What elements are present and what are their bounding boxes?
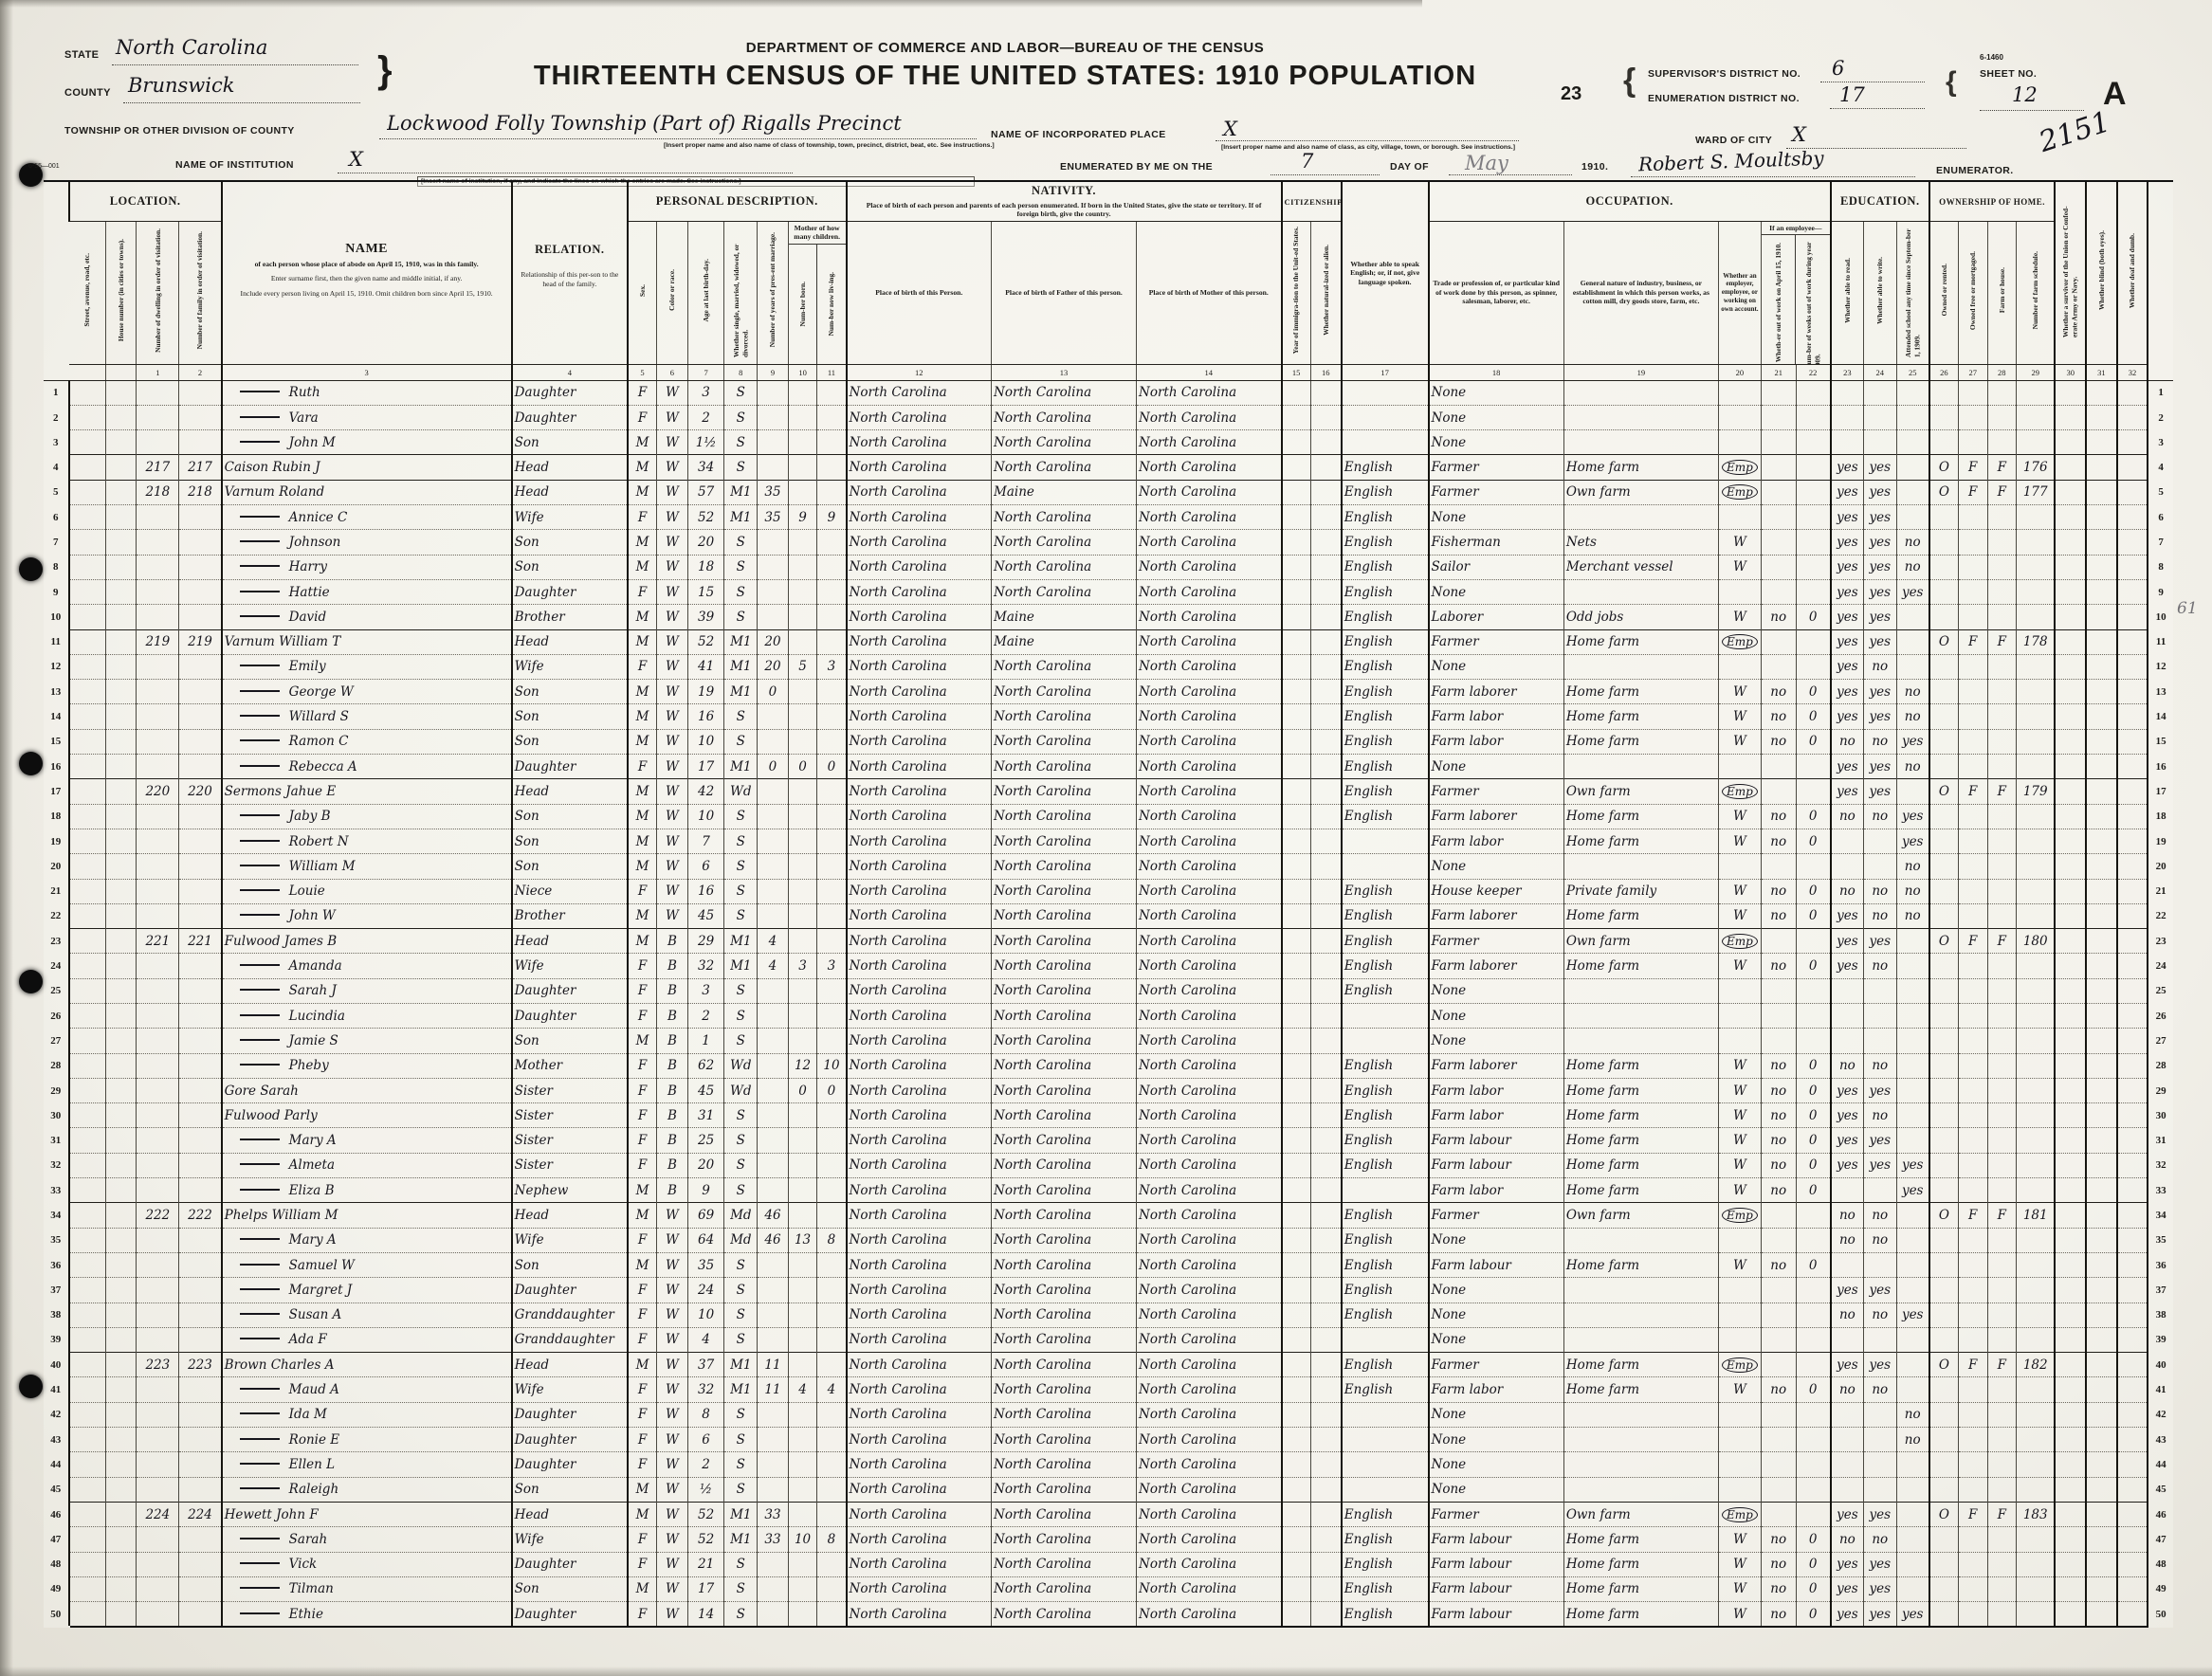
line-number: 33 [2148,1178,2173,1203]
cell: None [1429,755,1564,779]
cell [758,1602,789,1628]
cell: 220 [137,779,179,804]
cell: North Carolina [992,1053,1137,1078]
cell: S [724,1402,758,1427]
line-number: 43 [44,1428,69,1452]
ditto-mark [240,1163,280,1165]
cell: M [628,854,657,879]
cell [2017,605,2056,629]
cell [1987,804,2017,829]
line-number: 11 [2148,629,2173,654]
cell [1863,854,1896,879]
cell [2017,1128,2056,1153]
cell: English [1342,954,1429,978]
given-name: Ada F [289,1332,327,1347]
cell [1718,1477,1761,1502]
incorporated-value: X [1223,118,1237,140]
cell [1958,680,1987,704]
cell: North Carolina [847,1602,992,1628]
cell [1896,978,1929,1003]
cell [105,1003,137,1028]
cell [1310,1128,1342,1153]
line-number: 7 [2148,530,2173,555]
cell [1896,605,1929,629]
cell [788,1402,817,1427]
line-number: 3 [44,430,69,455]
line-number: 43 [2148,1428,2173,1452]
margin-note-2151: 2151 [2035,105,2113,159]
cell: yes [1863,1552,1896,1576]
cell [1929,1003,1959,1028]
line-number: 27 [2148,1029,2173,1053]
cell: W [1718,1527,1761,1552]
cell: Wife [512,1228,628,1252]
cell [1929,755,1959,779]
cell [69,829,106,853]
cell [1831,1178,1864,1203]
cell [1987,555,2017,579]
cell [1958,1053,1987,1078]
cell [69,1353,106,1377]
cell [2117,704,2148,729]
cell [179,755,222,779]
cell [788,903,817,928]
cell [758,1452,789,1477]
cell [2086,1278,2117,1303]
cell: English [1342,779,1429,804]
line-number: 33 [44,1178,69,1203]
brace-sheet: { [1946,66,1957,99]
cell [1958,829,1987,853]
cell [1863,1402,1896,1427]
cell: yes [1831,1153,1864,1177]
cell [1958,1029,1987,1053]
cell: M [628,1029,657,1053]
cell [2086,480,2117,504]
cell: W [657,1602,688,1628]
given-name: Amanda [289,958,342,974]
table-row: 8HarrySonMW18SNorth CarolinaNorth Caroli… [44,555,2173,579]
cell: Daughter [512,978,628,1003]
institution-rule [338,173,793,173]
cell: 0 [1796,704,1831,729]
cell: Farm labor [1429,704,1564,729]
cell [788,1353,817,1377]
line-number: 15 [2148,729,2173,754]
cell [69,1103,106,1128]
cell [1761,978,1796,1003]
census-table: LOCATION. NAME of each person whose plac… [44,180,2173,1628]
cell [2017,579,2056,604]
cell: F [628,1003,657,1028]
column-number: 26 [1929,364,1959,380]
cell [1929,1327,1959,1352]
cell [2117,1527,2148,1552]
cell [2055,1377,2086,1402]
cell [1310,1602,1342,1628]
cell: English [1342,680,1429,704]
cell [1310,1327,1342,1352]
cell: no [1761,903,1796,928]
cell: no [1761,879,1796,903]
name-cell: Harry [222,555,512,579]
cell [817,903,847,928]
cell: W [1718,605,1761,629]
cell: 33 [758,1527,789,1552]
cell [1831,829,1864,853]
cell [1282,829,1311,853]
cell [1796,1502,1831,1526]
cell: 10 [687,729,724,754]
sheet-letter: A [2103,76,2127,113]
cell [137,1576,179,1601]
cell [2017,654,2056,679]
cell: 221 [179,929,222,954]
cell: 42 [687,779,724,804]
cell: Emp [1718,629,1761,654]
cell [1958,1552,1987,1576]
cell: Head [512,480,628,504]
dwelling-number-column-header: Number of dwelling in order of visitatio… [137,221,179,364]
cell: yes [1831,1552,1864,1576]
cell: North Carolina [1137,1576,1282,1601]
cell [1761,1502,1796,1526]
given-name: William M [289,859,356,874]
cell: yes [1863,929,1896,954]
cell [1310,654,1342,679]
cell [1896,1452,1929,1477]
cell [179,1003,222,1028]
cell [2086,954,2117,978]
cell [788,1203,817,1228]
table-row: 18Jaby BSonMW10SNorth CarolinaNorth Caro… [44,804,2173,829]
cell: S [724,1178,758,1203]
cell [105,680,137,704]
ditto-mark [240,914,280,916]
line-number: 40 [2148,1353,2173,1377]
given-name: William T [279,634,340,649]
cell: Farmer [1429,480,1564,504]
cell [105,729,137,754]
cell [2055,1527,2086,1552]
cell [2017,1053,2056,1078]
cell [2086,1178,2117,1203]
table-row: 34222222Phelps William MHeadMW69Md46Nort… [44,1203,2173,1228]
cell [179,505,222,530]
name-cell: Louie [222,879,512,903]
cell: no [1896,530,1929,555]
cell: North Carolina [1137,1377,1282,1402]
given-name: John F [276,1507,319,1522]
cell [2117,954,2148,978]
cell: no [1863,654,1896,679]
cell [105,1602,137,1628]
table-row: 43Ronie EDaughterFW6SNorth CarolinaNorth… [44,1428,2173,1452]
cell [1929,1527,1959,1552]
cell: F [1987,455,2017,480]
cell: North Carolina [1137,1527,1282,1552]
cell: 17 [687,755,724,779]
cell: W [657,605,688,629]
cell [1761,1477,1796,1502]
cell: F [1987,1353,2017,1377]
cell [758,879,789,903]
cell [1282,455,1311,480]
cell [1342,430,1429,455]
cell: North Carolina [1137,929,1282,954]
column-number: 16 [1310,364,1342,380]
cell: Home farm [1563,1602,1718,1628]
line-number: 22 [44,903,69,928]
house-number-column-header: House number (in cities or towns). [105,221,137,364]
cell [1310,1353,1342,1377]
cell [105,1327,137,1352]
surname: Brown [225,1357,271,1373]
employer-mark: Emp [1722,460,1758,475]
cell [1896,1477,1929,1502]
cell [2086,1003,2117,1028]
cell [2017,903,2056,928]
cell [2055,430,2086,455]
cell [2055,854,2086,879]
cell [1282,1527,1311,1552]
ditto-mark [240,1487,280,1489]
cell: W [657,1327,688,1352]
cell: O [1929,1203,1959,1228]
cell: 0 [1796,804,1831,829]
cell [2086,1153,2117,1177]
cell [1796,629,1831,654]
cell [105,1252,137,1277]
line-number: 36 [2148,1252,2173,1277]
cell: S [724,704,758,729]
cell: 16 [687,879,724,903]
cell: F [628,1153,657,1177]
cell [1718,1228,1761,1252]
cell [105,629,137,654]
cell: Son [512,555,628,579]
cell [1563,1228,1718,1252]
cell [2117,879,2148,903]
cell [1342,1003,1429,1028]
cell [1987,505,2017,530]
cell [1958,654,1987,679]
cell: Farm labour [1429,1602,1564,1628]
cell [758,729,789,754]
cell [1929,729,1959,754]
cell [1896,405,1929,429]
cell [2117,1552,2148,1576]
cell [788,1602,817,1628]
cell [758,1003,789,1028]
cell: House keeper [1429,879,1564,903]
cell [1831,1402,1864,1427]
cell [2117,605,2148,629]
surname: Phelps [225,1208,272,1223]
cell: W [657,579,688,604]
cell: 39 [687,605,724,629]
ditto-mark [240,615,280,617]
column-number: 9 [758,364,789,380]
nativity-group-header: NATIVITY. Place of birth of each person … [847,181,1282,221]
table-row: 3John MSonMW1½SNorth CarolinaNorth Carol… [44,430,2173,455]
column-number: 25 [1896,364,1929,380]
surname: Varnum [225,634,280,649]
cell [1310,1402,1342,1427]
cell [817,1178,847,1203]
table-row: 41Maud AWifeFW32M11144North CarolinaNort… [44,1377,2173,1402]
column-number: 2 [179,364,222,380]
cell: W [1718,530,1761,555]
line-number: 16 [2148,755,2173,779]
cell [179,954,222,978]
cell: W [657,903,688,928]
cell: English [1342,1576,1429,1601]
cell: M [628,1353,657,1377]
cell: W [657,879,688,903]
given-name: Mary A [289,1133,337,1148]
cell [1342,380,1429,405]
cell [1796,1353,1831,1377]
cell [1563,854,1718,879]
cell [788,455,817,480]
cell [788,380,817,405]
cell [2055,405,2086,429]
cell: North Carolina [1137,1502,1282,1526]
cell [2086,903,2117,928]
cell [758,455,789,480]
cell: S [724,1003,758,1028]
line-number: 45 [44,1477,69,1502]
family-number-column-header: Number of family in order of visitation. [179,221,222,364]
cell [1282,1003,1311,1028]
cell [2086,929,2117,954]
line-number: 47 [44,1527,69,1552]
cell [1987,879,2017,903]
cell: F [1958,779,1987,804]
cell: 0 [1796,1153,1831,1177]
column-number: 13 [992,364,1137,380]
cell: Farmer [1429,779,1564,804]
cell [69,954,106,978]
cell: 34 [687,455,724,480]
cell: F [628,1452,657,1477]
line-number: 48 [2148,1552,2173,1576]
cell [1761,1228,1796,1252]
line-number: 9 [44,579,69,604]
cell: North Carolina [1137,1103,1282,1128]
cell [2086,1502,2117,1526]
cell: yes [1831,704,1864,729]
given-name: Vick [289,1557,318,1572]
cell [1896,1103,1929,1128]
cell: Odd jobs [1563,605,1718,629]
cell: North Carolina [992,1602,1137,1628]
cell: Farmer [1429,1203,1564,1228]
line-number: 3 [2148,430,2173,455]
ditto-mark [240,1313,280,1315]
name-cell: Gore Sarah [222,1078,512,1102]
column-number: 17 [1342,364,1429,380]
cell [1929,1103,1959,1128]
cell: W [657,1428,688,1452]
cell [2017,1278,2056,1303]
given-name: Willard S [289,709,349,724]
cell [788,1153,817,1177]
given-name: William M [272,1208,338,1223]
cell [788,480,817,504]
cell [2117,1576,2148,1601]
cell [2017,954,2056,978]
cell [1310,879,1342,903]
cell: W [657,804,688,829]
cell [1831,430,1864,455]
cell: North Carolina [847,480,992,504]
cell: 20 [687,530,724,555]
cell: M [628,1203,657,1228]
cell: 222 [179,1203,222,1228]
sex-column-header: Sex. [628,221,657,364]
cell: 14 [687,1602,724,1628]
cell: no [1831,1203,1864,1228]
cell: North Carolina [992,1003,1137,1028]
cell: North Carolina [992,680,1137,704]
cell [137,1278,179,1303]
cell [137,1228,179,1252]
cell [1896,1576,1929,1601]
cell [2086,729,2117,754]
cell [179,1428,222,1452]
cell [1958,1527,1987,1552]
cell: 9 [817,505,847,530]
cell [1282,929,1311,954]
cell: Head [512,1203,628,1228]
cell: Maine [992,629,1137,654]
cell: North Carolina [847,605,992,629]
cell [1282,1576,1311,1601]
cell: F [628,579,657,604]
cell [1342,405,1429,429]
cell [1796,530,1831,555]
cell [1342,1477,1429,1502]
cell [137,405,179,429]
cell: S [724,1303,758,1327]
cell: North Carolina [1137,903,1282,928]
cell: M1 [724,654,758,679]
cell: W [657,480,688,504]
cell [1987,903,2017,928]
cell: North Carolina [1137,430,1282,455]
cell: Daughter [512,755,628,779]
cell [2117,1178,2148,1203]
given-name: Lucindia [289,1009,345,1024]
cell: North Carolina [1137,1477,1282,1502]
cell [758,555,789,579]
line-number: 25 [44,978,69,1003]
cell: Daughter [512,380,628,405]
cell: North Carolina [992,1252,1137,1277]
cell [1310,505,1342,530]
cell: Farm labour [1429,1552,1564,1576]
cell: North Carolina [992,804,1137,829]
cell: English [1342,505,1429,530]
cell [788,978,817,1003]
cell: Farm labor [1429,1078,1564,1102]
cell [1282,779,1311,804]
cell [1718,505,1761,530]
brace: } [377,49,393,92]
cell: yes [1863,1153,1896,1177]
